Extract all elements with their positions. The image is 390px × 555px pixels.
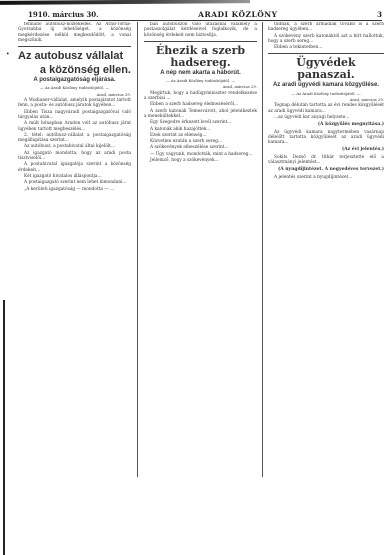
- paragraph: Megírtuk, hogy a hadügyminiszter rendelk…: [144, 91, 257, 102]
- newspaper-title: ARADI KÖZLÖNY: [198, 10, 277, 19]
- paragraph: Sokits Dezső dr. titkár terjesztette elő…: [268, 155, 384, 166]
- subheadline: A postaigazgatóság eljárása.: [18, 78, 131, 83]
- headline: Az autobusz vállalat: [18, 50, 131, 62]
- column-3: tudnák, a szerb ármádiák tovább is a sze…: [268, 22, 384, 477]
- dateline: Arad, március 29.: [144, 84, 257, 89]
- headline: Ügyvédek panaszai.: [268, 57, 384, 81]
- section-heading: (A közgyűlés megnyitása.): [268, 122, 384, 127]
- paragraph: „A kerületi igazgatóság — mondotta — ...: [18, 187, 131, 192]
- section-heading: (Az évi jelentés.): [268, 147, 384, 152]
- divider: [268, 53, 384, 54]
- dateline: Arad, március 29.: [268, 97, 384, 102]
- paragraph: Két igazgató hivatalos álláspontja...: [18, 174, 131, 179]
- page-header: 1910. március 30. ARADI KÖZLÖNY 3: [28, 8, 382, 21]
- column-1: fennálló autóbusz-közlekedés. Az Arad-To…: [18, 22, 131, 492]
- intro-text: tudnák, a szerb ármádiák tovább is a sze…: [268, 22, 384, 33]
- paragraph: 2. tétel: autóbusz-vállalat a postaigazg…: [18, 133, 131, 144]
- section-heading: (A nyugdíjintézet. A negyedéves tervezet…: [268, 167, 384, 172]
- paragraph: Jellemző, hogy a szökevények...: [144, 158, 257, 163]
- paragraph: Tegnap délután tartotta az évi rendes kö…: [268, 103, 384, 114]
- column-rule: [137, 22, 138, 477]
- binding-edge: [3, 300, 5, 555]
- paragraph: Közvetlen ezután a szerb sereg...: [144, 139, 257, 144]
- page-number: 3: [377, 10, 382, 19]
- paragraph: A postahivatal igazgatója szerint a közö…: [18, 162, 131, 173]
- divider: [18, 46, 131, 47]
- byline: — Az Aradi Közlöny tudósítójától. —: [268, 91, 384, 96]
- intro-text: ban autóbuszon való utazásnál valamely a…: [144, 22, 257, 38]
- paragraph: ...az ügyvédi kar anyagi helyzete...: [268, 115, 384, 120]
- paragraph: A Wodianer-vállalat, amelyik postajárato…: [18, 98, 131, 109]
- paragraph: Az igazgató mondotta, hogy az aradi post…: [18, 151, 131, 162]
- paragraph: Ebben a szerb hadsereg élelmezéséről...: [144, 102, 257, 107]
- paragraph: A szerb katonák Temesvárott, ahol jelent…: [144, 109, 257, 120]
- byline: — Az Aradi Közlöny tudósítójától. —: [18, 85, 131, 90]
- paragraph: A jelentés szerint a nyugdíjintézet...: [268, 175, 384, 180]
- byline: — Az Aradi Közlöny tudósítójától. —: [144, 78, 257, 83]
- divider: [144, 41, 257, 42]
- intro-text: fennálló autóbusz-közlekedés. Az Arad-To…: [18, 22, 131, 43]
- paragraph: Ebben a tekintetben...: [268, 45, 384, 50]
- column-2: ban autóbuszon való utazásnál valamely a…: [144, 22, 257, 477]
- paragraph: A szökevény szerb katonáktól azt a hírt …: [268, 34, 384, 45]
- paragraph: Egy Szegedre érkezett levél szerint...: [144, 120, 257, 125]
- issue-date: 1910. március 30.: [28, 10, 99, 19]
- paragraph: Ezek szerint az ellenség...: [144, 133, 257, 138]
- paragraph: Az autóbusz, a postahivatal által kijelö…: [18, 144, 131, 149]
- margin-mark: •: [6, 51, 10, 58]
- headline: Éhezik a szerb hadsereg.: [144, 45, 257, 69]
- paragraph: A katonák akik hazajöttek...: [144, 127, 257, 132]
- paragraph: A szökevények elbeszélése szerint...: [144, 145, 257, 150]
- headline: a közönség ellen.: [18, 64, 131, 76]
- column-rule: [262, 22, 263, 477]
- paragraph: Az ügyvédi kamara nagytermében vasárnap …: [268, 130, 384, 146]
- paragraph: — Úgy vagyunk, mondották, mint a hadsere…: [144, 152, 257, 157]
- paragraph: A múlt hónapban Aradon volt az autóbusz …: [18, 121, 131, 132]
- paragraph: Ebben Tisza nagyváradi postaigazgatóval …: [18, 110, 131, 121]
- subheadline: Az aradi ügyvédi kamara közgyűlése.: [268, 83, 384, 88]
- dateline: Arad, március 29.: [18, 92, 131, 97]
- paragraph: A postaigazgató szerint nem lehet kimond…: [18, 180, 131, 185]
- scan-edge: [0, 0, 250, 5]
- subheadline: A nép nem akarta a háborút.: [144, 71, 257, 76]
